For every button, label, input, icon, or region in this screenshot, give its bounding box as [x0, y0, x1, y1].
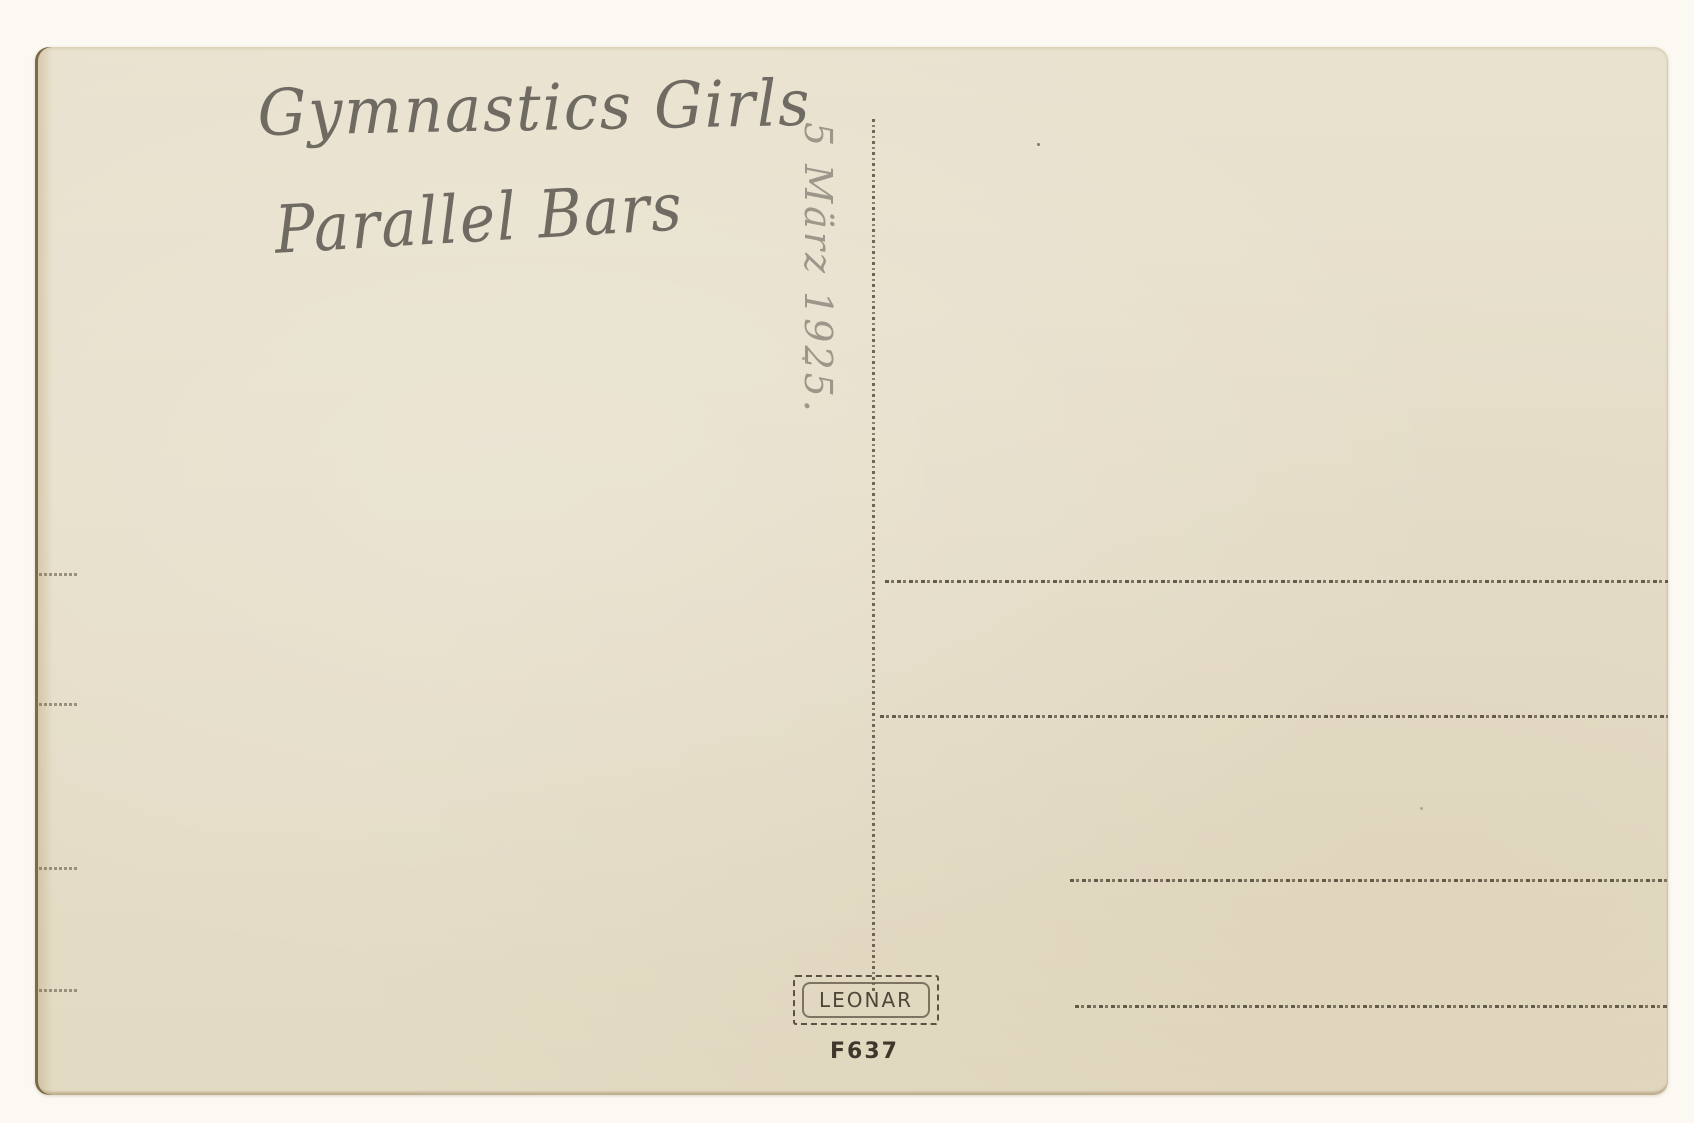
publisher-stamp: LEONAR: [793, 975, 939, 1025]
handwritten-subtitle: Parallel Bars: [273, 168, 685, 269]
edge-mark-2: [39, 703, 79, 706]
postcard-scan: Gymnastics Girls Parallel Bars 5 März 19…: [0, 0, 1694, 1123]
address-line-3: [1070, 879, 1668, 882]
address-line-2: [880, 715, 1668, 718]
handwritten-title: Gymnastics Girls: [257, 67, 812, 151]
paper-speck: [1420, 807, 1423, 810]
paper-speck: [1037, 143, 1040, 146]
center-divider-line: [872, 119, 875, 993]
paper-speck: [802, 357, 805, 360]
publisher-stamp-label: LEONAR: [802, 982, 930, 1018]
address-line-1: [885, 580, 1668, 583]
handwritten-date: 5 März 1925.: [796, 122, 840, 415]
edge-mark-1: [39, 573, 79, 576]
address-line-4: [1075, 1005, 1668, 1008]
edge-mark-4: [39, 989, 79, 992]
postcard-back: Gymnastics Girls Parallel Bars 5 März 19…: [35, 47, 1668, 1095]
edge-mark-3: [39, 867, 79, 870]
card-code: F637: [830, 1039, 899, 1064]
card-edge-shadow: [35, 47, 53, 1095]
